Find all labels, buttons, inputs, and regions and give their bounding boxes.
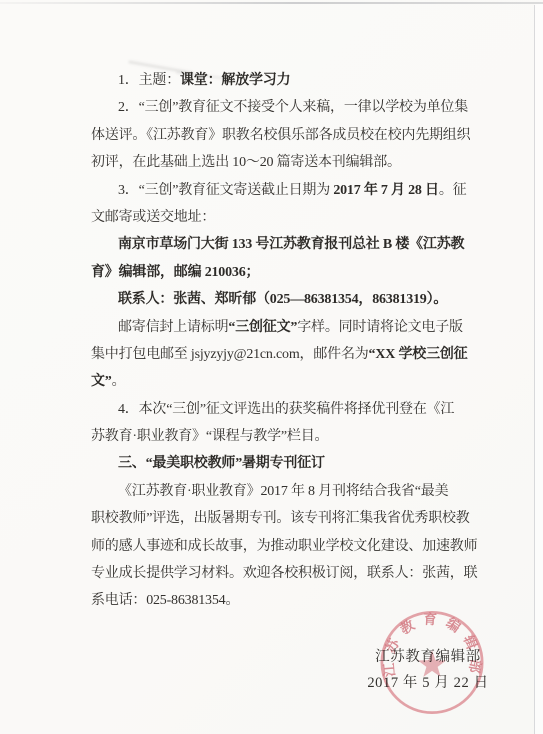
text-segment: 3．“三创”教育征文寄送截止日期为	[118, 183, 333, 198]
text-line: 邮寄信封上请标明“三创征文”字样。同时请将论文电子版	[91, 314, 491, 341]
text-line: 职校教师”评选，出版暑期专刊。该专刊将汇集我省优秀职校教	[91, 505, 491, 532]
scan-right-edge	[534, 5, 535, 734]
text-segment: 邮寄信封上请标明	[118, 320, 228, 335]
text-segment: 2．“三创”教育征文不接受个人来稿，一律以学校为单位集	[118, 100, 468, 115]
official-seal: 江苏教育编辑部	[376, 606, 490, 720]
text-segment: 。	[112, 374, 126, 389]
text-segment-bold: 2017 年 7 月 28 日	[333, 183, 439, 198]
text-segment: 苏教育·职业教育》“课程与教学”栏目。	[91, 429, 328, 444]
text-segment-bold: “三创征文”	[228, 320, 297, 335]
text-segment: 系电话：025-86381354。	[91, 593, 239, 608]
text-line: 育》编辑部，邮编 210036；	[91, 259, 491, 286]
text-segment: 《江苏教育·职业教育》2017 年 8 月刊将结合我省“最美	[118, 484, 448, 499]
text-segment-bold: 南京市草场门大街 133 号江苏教育报刊总社 B 楼《江苏教	[118, 237, 464, 252]
text-segment: 职校教师”评选，出版暑期专刊。该专刊将汇集我省优秀职校教	[91, 511, 470, 526]
text-line: 联系人：张茜、郑昕郁（025—86381354，86381319）。	[91, 286, 491, 313]
text-segment-bold: “XX 学校三创征	[369, 347, 468, 362]
text-line: 文”。	[91, 368, 491, 395]
text-line: 师的感人事迹和成长故事，为推动职业学校文化建设、加速教师	[91, 533, 491, 560]
text-segment: 初评，在此基础上选出 10～20 篇寄送本刊编辑部。	[91, 155, 401, 170]
text-line: 专业成长提供学习材料。欢迎各校积极订阅，联系人：张茜，联	[91, 560, 491, 587]
text-segment: 集中打包电邮至 jsjyzyjy@21cn.com，邮件名为	[91, 347, 369, 362]
text-line: 文邮寄或送交地址：	[91, 204, 491, 231]
text-segment-bold: 育》编辑部，邮编 210036；	[91, 265, 259, 280]
text-segment: 1．主题：	[118, 73, 180, 88]
text-segment-bold: 课堂：解放学习力	[180, 73, 290, 88]
text-segment: 体送评。《江苏教育》职教名校俱乐部各成员校在校内先期组织	[91, 128, 470, 143]
text-line: 《江苏教育·职业教育》2017 年 8 月刊将结合我省“最美	[91, 478, 491, 505]
text-line: 南京市草场门大街 133 号江苏教育报刊总社 B 楼《江苏教	[91, 231, 491, 258]
document-body: 1．主题：课堂：解放学习力2．“三创”教育征文不接受个人来稿，一律以学校为单位集…	[91, 67, 491, 615]
text-line: 集中打包电邮至 jsjyzyjy@21cn.com，邮件名为“XX 学校三创征	[91, 341, 491, 368]
text-segment: 字样。同时请将论文电子版	[297, 320, 463, 335]
text-segment-bold: 三、“最美职校教师”暑期专刊征订	[118, 456, 325, 471]
text-line: 4．本次“三创”征文评选出的获奖稿件将择优刊登在《江	[91, 396, 491, 423]
text-segment: 专业成长提供学习材料。欢迎各校积极订阅，联系人：张茜，联	[91, 566, 477, 581]
scan-right-strip	[535, 4, 543, 734]
document-page: 1．主题：课堂：解放学习力2．“三创”教育征文不接受个人来稿，一律以学校为单位集…	[0, 0, 543, 734]
text-segment-bold: 文”	[91, 374, 112, 389]
scan-top-edge	[0, 2, 543, 4]
star-icon	[418, 650, 446, 677]
text-line: 初评，在此基础上选出 10～20 篇寄送本刊编辑部。	[91, 149, 491, 176]
text-segment: 师的感人事迹和成长故事，为推动职业学校文化建设、加速教师	[91, 539, 477, 554]
text-line: 体送评。《江苏教育》职教名校俱乐部各成员校在校内先期组织	[91, 122, 491, 149]
text-segment: 4．本次“三创”征文评选出的获奖稿件将择优刊登在《江	[118, 402, 454, 417]
text-line: 3．“三创”教育征文寄送截止日期为 2017 年 7 月 28 日。征	[91, 177, 491, 204]
text-segment-bold: 联系人：张茜、郑昕郁（025—86381354，86381319）。	[118, 292, 447, 307]
text-segment: 。征	[439, 183, 467, 198]
text-segment: 文邮寄或送交地址：	[91, 210, 215, 225]
text-line: 三、“最美职校教师”暑期专刊征订	[91, 450, 491, 477]
text-line: 苏教育·职业教育》“课程与教学”栏目。	[91, 423, 491, 450]
text-line: 1．主题：课堂：解放学习力	[91, 67, 491, 94]
text-line: 2．“三创”教育征文不接受个人来稿，一律以学校为单位集	[91, 94, 491, 121]
